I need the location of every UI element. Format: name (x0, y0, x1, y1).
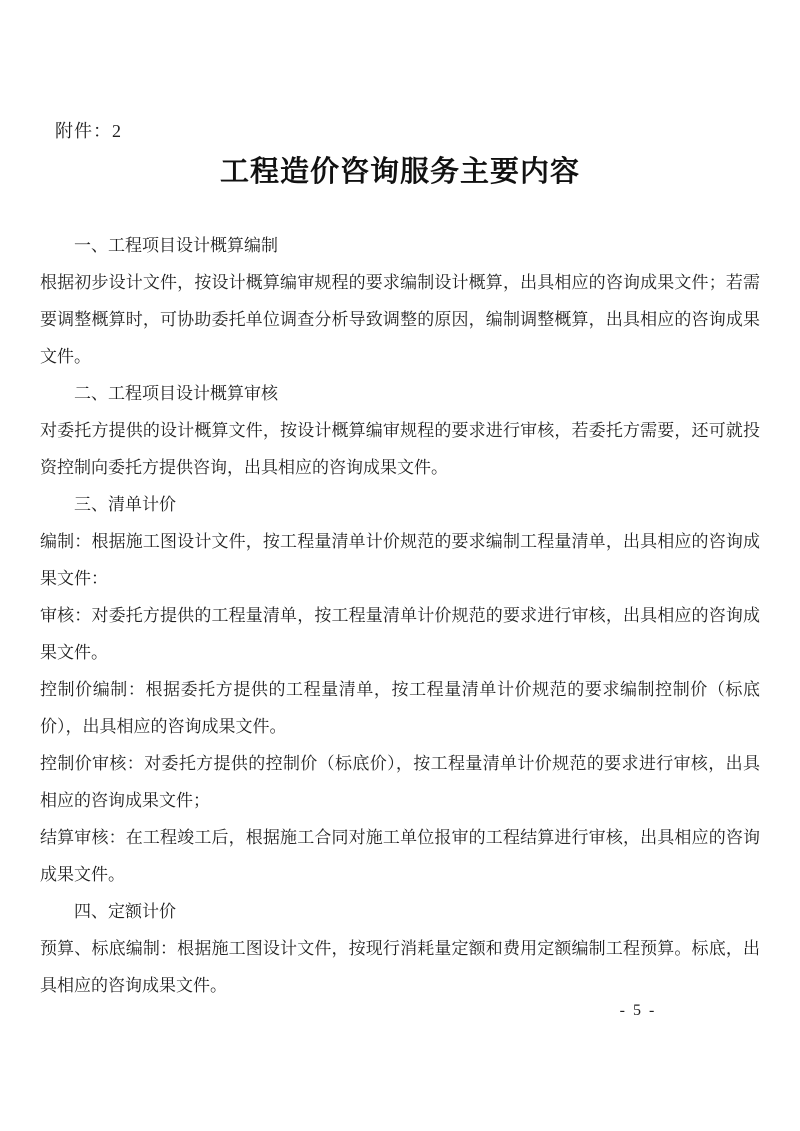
section-1-paragraph-1: 根据初步设计文件，按设计概算编审规程的要求编制设计概算，出具相应的咨询成果文件；… (40, 264, 760, 375)
section-3-paragraph-4: 控制价审核：对委托方提供的控制价（标底价），按工程量清单计价规范的要求进行审核，… (40, 745, 760, 819)
section-4-heading: 四、定额计价 (40, 893, 760, 930)
page-number: - 5 - (588, 999, 688, 1023)
attachment-label: 附件：2 (40, 119, 760, 143)
section-3-paragraph-2: 审核：对委托方提供的工程量清单，按工程量清单计价规范的要求进行审核，出具相应的咨… (40, 597, 760, 671)
section-2-heading: 二、工程项目设计概算审核 (40, 375, 760, 412)
section-3-paragraph-5: 结算审核：在工程竣工后，根据施工合同对施工单位报审的工程结算进行审核，出具相应的… (40, 819, 760, 893)
section-3-paragraph-1: 编制：根据施工图设计文件，按工程量清单计价规范的要求编制工程量清单，出具相应的咨… (40, 523, 760, 597)
document-page: 附件：2 工程造价咨询服务主要内容 一、工程项目设计概算编制 根据初步设计文件，… (0, 0, 800, 1131)
document-body: 一、工程项目设计概算编制 根据初步设计文件，按设计概算编审规程的要求编制设计概算… (40, 227, 760, 1004)
section-2-paragraph-1: 对委托方提供的设计概算文件，按设计概算编审规程的要求进行审核，若委托方需要，还可… (40, 412, 760, 486)
section-4-paragraph-1: 预算、标底编制：根据施工图设计文件，按现行消耗量定额和费用定额编制工程预算。标底… (40, 930, 760, 1004)
section-1-heading: 一、工程项目设计概算编制 (40, 227, 760, 264)
page-title: 工程造价咨询服务主要内容 (40, 155, 760, 189)
section-3-heading: 三、清单计价 (40, 486, 760, 523)
section-3-paragraph-3: 控制价编制：根据委托方提供的工程量清单，按工程量清单计价规范的要求编制控制价（标… (40, 671, 760, 745)
